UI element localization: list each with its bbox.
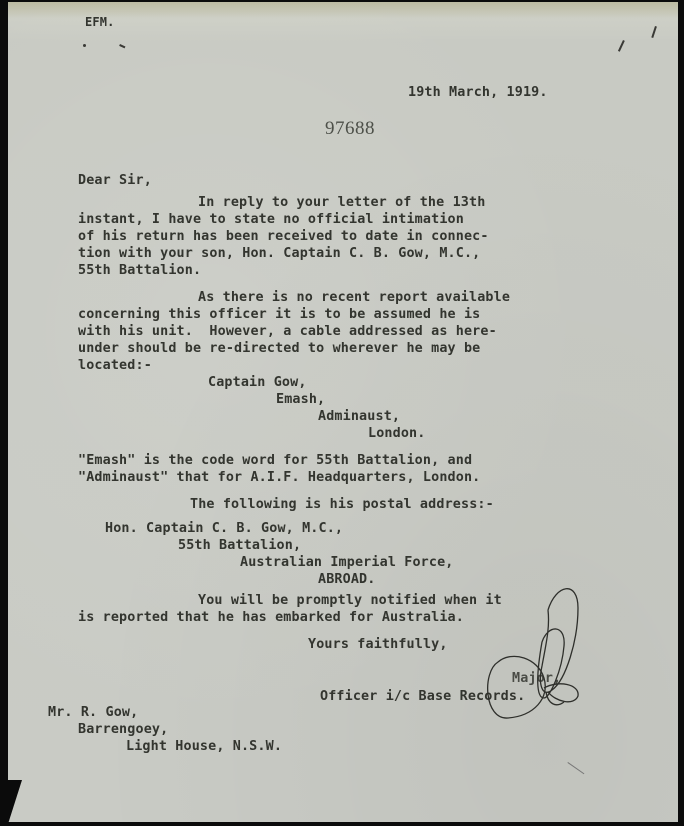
paragraph-line: concerning this officer it is to be assu… — [78, 306, 480, 323]
paragraph-line: "Adminaust" that for A.I.F. Headquarters… — [78, 469, 480, 486]
address-line: 55th Battalion, — [178, 537, 301, 554]
pencil-mark — [651, 26, 656, 38]
ink-speck — [83, 44, 86, 47]
closing: Yours faithfully, — [308, 636, 448, 653]
pencil-mark — [618, 40, 624, 52]
pencil-mark — [567, 762, 584, 774]
salutation: Dear Sir, — [78, 172, 152, 189]
handwritten-signature — [486, 580, 596, 730]
ink-speck — [119, 44, 125, 48]
address-line: ABROAD. — [318, 571, 375, 588]
address-line: Australian Imperial Force, — [240, 554, 454, 571]
paragraph-line: with his unit. However, a cable addresse… — [78, 323, 497, 340]
signatory-title: Officer i/c Base Records. — [320, 688, 525, 705]
paragraph-line: 55th Battalion. — [78, 262, 201, 279]
paragraph-line: instant, I have to state no official int… — [78, 211, 464, 228]
paragraph-line: of his return has been received to date … — [78, 228, 489, 245]
address-line: London. — [368, 425, 425, 442]
typist-initials: EFM. — [85, 14, 115, 31]
paragraph-line: tion with your son, Hon. Captain C. B. G… — [78, 245, 480, 262]
address-line: Captain Gow, — [208, 374, 307, 391]
paragraph-line: As there is no recent report available — [198, 289, 510, 306]
paragraph-line: In reply to your letter of the 13th — [198, 194, 485, 211]
letter-page: EFM. 19th March, 1919. 97688 Dear Sir, I… — [8, 2, 678, 822]
address-line: Mr. R. Gow, — [48, 704, 138, 721]
letter-date: 19th March, 1919. — [408, 84, 548, 101]
address-line: Adminaust, — [318, 408, 400, 425]
paragraph-line: You will be promptly notified when it — [198, 592, 502, 609]
address-line: Barrengoey, — [78, 721, 168, 738]
paragraph-line: under should be re-directed to wherever … — [78, 340, 480, 357]
address-line: Emash, — [276, 391, 325, 408]
paragraph-line: "Emash" is the code word for 55th Battal… — [78, 452, 472, 469]
paragraph-line: is reported that he has embarked for Aus… — [78, 609, 464, 626]
paragraph-line: located:- — [78, 357, 152, 374]
folded-corner — [8, 780, 22, 824]
address-line: Light House, N.S.W. — [126, 738, 282, 755]
reference-number: 97688 — [325, 118, 375, 140]
postal-intro: The following is his postal address:- — [190, 496, 494, 513]
address-line: Hon. Captain C. B. Gow, M.C., — [105, 520, 343, 537]
signatory-rank: Major, — [512, 670, 561, 687]
